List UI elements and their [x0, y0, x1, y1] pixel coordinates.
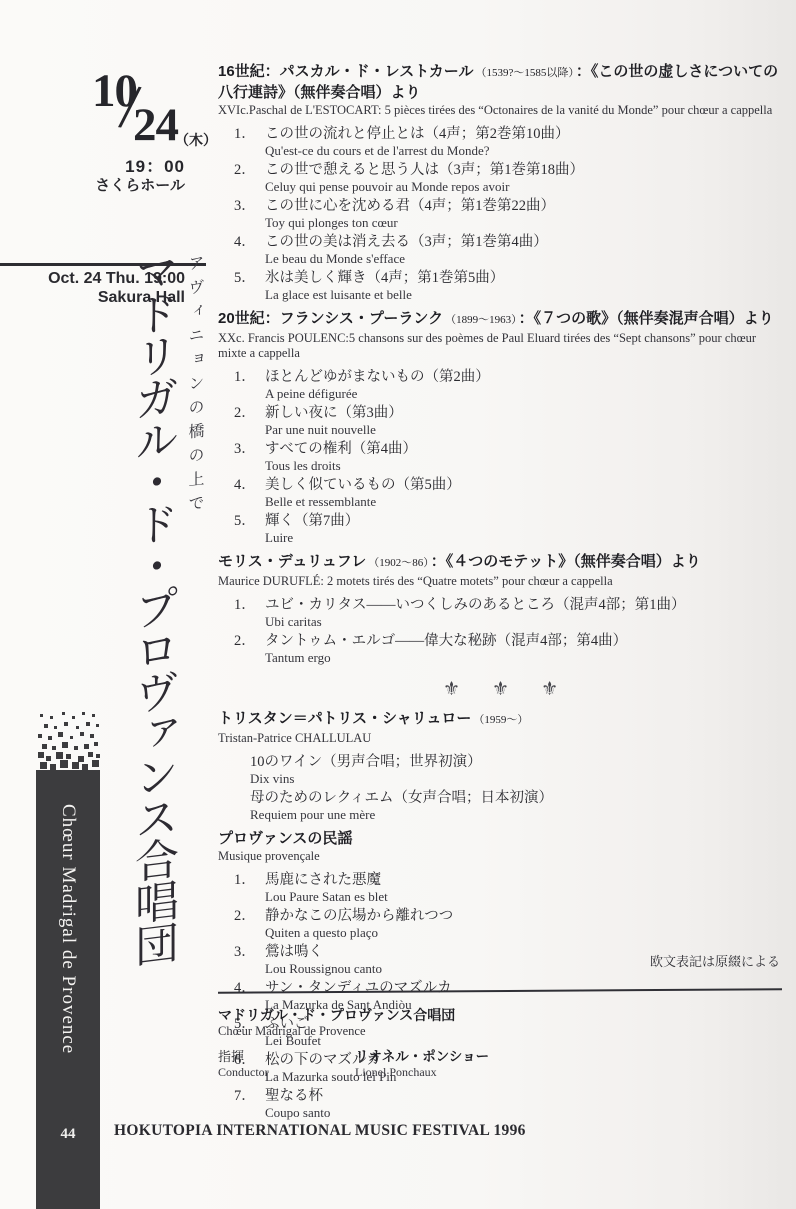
item-number: 1．: [234, 369, 265, 386]
fleur-de-lis-icon: ⚜: [541, 680, 558, 699]
group-name-fr: Chœur Madrigal de Provence: [218, 1024, 638, 1039]
item-title-ja: すべての権利（第4曲）: [265, 441, 784, 458]
item-title-fr: Belle et ressemblante: [265, 494, 784, 509]
program-item: 母のためのレクィエム（女声合唱；日本初演） Requiem pour une m…: [218, 790, 784, 822]
item-title-ja: 10のワイン（男声合唱；世界初演）: [250, 754, 784, 771]
composer-dates: （1899～1963）: [445, 314, 517, 326]
item-number: 2．: [234, 162, 265, 179]
event-venue-ja: さくらホール: [95, 174, 185, 195]
conductor-name-en: Lionel Ponchaux: [355, 1065, 489, 1080]
program-item: 7．聖なる杯 Coupo santo: [218, 1088, 784, 1120]
item-title-ja: 静かなこの広場から離れつつ: [265, 908, 784, 925]
program-section-poulenc: 20世紀：フランシス・プーランク（1899～1963）：《７つの歌》（無伴奏混声…: [218, 309, 784, 545]
item-number: 5．: [234, 513, 265, 530]
item-number: 1．: [234, 126, 265, 143]
item-title-fr: Le beau du Monde s'efface: [265, 251, 784, 266]
section-header-fr: Maurice DURUFLÉ: 2 motets tirés des “Qua…: [218, 574, 784, 589]
work-title-ja: ：《４つのモテット》（無伴奏合唱）より: [431, 553, 701, 570]
item-title-ja: 輝く（第7曲）: [265, 513, 784, 530]
section-header-fr: Tristan-Patrice CHALLULAU: [218, 731, 784, 746]
program-section-estocart: 16世紀：パスカル・ド・レストカール（1539?～1585以降）：《この世の虚し…: [218, 62, 784, 302]
item-title-ja: 母のためのレクィエム（女声合唱；日本初演）: [250, 790, 784, 807]
item-number: 4．: [234, 234, 265, 251]
page-number: 44: [36, 1126, 100, 1143]
fleur-de-lis-icon: ⚜: [443, 680, 460, 699]
item-title-ja: 美しく似ているもの（第5曲）: [265, 477, 784, 494]
item-number: 2．: [234, 405, 265, 422]
item-title-ja: ほとんどゆがまないもの（第2曲）: [265, 369, 784, 386]
program-item: 4．この世の美は消え去る（3声；第1巻第4曲） Le beau du Monde…: [218, 234, 784, 266]
side-bar-caption: Chœur Madrigal de Provence: [57, 804, 79, 1054]
role-column: 指揮 Conductor: [218, 1048, 355, 1080]
item-title-ja: タントゥム・エルゴ――偉大な秘跡（混声4部；第4曲）: [265, 633, 784, 650]
item-title-ja: 聖なる杯: [265, 1088, 784, 1105]
role-label-ja: 指揮: [218, 1048, 355, 1065]
group-name-ja: マドリガル・ド・プロヴァンス合唱団: [218, 1006, 638, 1024]
item-title-fr: La glace est luisante et belle: [265, 287, 784, 302]
work-title-ja: ：《７つの歌》（無伴奏混声合唱）より: [519, 310, 774, 327]
program-item: 2．この世で憩えると思う人は（3声；第1巻第18曲） Celuy qui pen…: [218, 162, 784, 194]
vertical-subtitle: アヴィニョンの橋の上で: [183, 254, 206, 520]
composer-name-ja: 16世紀：パスカル・ド・レストカール: [218, 63, 474, 80]
program-item: 5．氷は美しく輝き（4声；第1巻第5曲） La glace est luisan…: [218, 270, 784, 302]
section-header-ja: モリス・デュリュフレ（1902～86）：《４つのモテット》（無伴奏合唱）より: [218, 552, 784, 573]
role-label-en: Conductor: [218, 1065, 355, 1080]
item-number: 3．: [234, 944, 265, 961]
item-number: 3．: [234, 198, 265, 215]
item-title-fr: Ubi caritas: [265, 614, 784, 629]
program-item: 1．馬鹿にされた悪魔 Lou Paure Satan es blet: [218, 872, 784, 904]
program-section-durufle: モリス・デュリュフレ（1902～86）：《４つのモテット》（無伴奏合唱）より M…: [218, 552, 784, 665]
section-header-ja: 16世紀：パスカル・ド・レストカール（1539?～1585以降）：《この世の虚し…: [218, 62, 784, 102]
program-item: 1．ほとんどゆがまないもの（第2曲） A peine défigurée: [218, 369, 784, 401]
name-column: リオネル・ポンショー Lionel Ponchaux: [355, 1048, 489, 1080]
item-title-ja: 新しい夜に（第3曲）: [265, 405, 784, 422]
composer-name-ja: 20世紀：フランシス・プーランク: [218, 310, 443, 327]
composer-dates: （1902～86）: [368, 557, 429, 569]
date-day: 24: [133, 98, 178, 152]
vertical-main-title: マドリガル・ド・プロヴァンス合唱団: [120, 246, 184, 968]
item-title-ja: 馬鹿にされた悪魔: [265, 872, 784, 889]
item-number: 1．: [234, 872, 265, 889]
section-header-fr: XVIc.Paschal de L'ESTOCART: 5 pièces tir…: [218, 103, 784, 118]
program-page: 10 / 24 （木） 19：00 さくらホール Oct. 24 Thu. 19…: [0, 0, 796, 1209]
program-item: 1．この世の流れと停止とは（4声；第2巻第10曲） Qu'est-ce du c…: [218, 126, 784, 158]
item-title-fr: Requiem pour une mère: [250, 807, 784, 822]
section-header-ja: プロヴァンスの民謡: [218, 829, 784, 848]
dissolve-pattern: [36, 712, 100, 782]
composer-name-ja: トリスタン＝パトリス・シャリュロー: [218, 710, 471, 727]
composer-dates: （1539?～1585以降）: [476, 67, 574, 79]
item-title-ja: この世の流れと停止とは（4声；第2巻第10曲）: [265, 126, 784, 143]
program-item: 1．ユビ・カリタス――いつくしみのあるところ（混声4部；第1曲） Ubi car…: [218, 597, 784, 629]
item-number: 2．: [234, 633, 265, 650]
fleur-de-lis-icon: ⚜: [492, 680, 509, 699]
item-title-fr: Dix vins: [250, 771, 784, 786]
composer-dates: （1959～）: [473, 714, 528, 726]
program-item: 2．静かなこの広場から離れつつ Quiten a questo plaço: [218, 908, 784, 940]
date-weekday: （木）: [175, 130, 217, 150]
item-title-fr: Tantum ergo: [265, 650, 784, 665]
conductor-name-ja: リオネル・ポンショー: [355, 1048, 489, 1065]
item-title-fr: Quiten a questo plaço: [265, 925, 784, 940]
item-number: 7．: [234, 1088, 265, 1105]
orthography-note: 欧文表記は原綴による: [650, 951, 780, 970]
item-title-fr: Qu'est-ce du cours et de l'arrest du Mon…: [265, 143, 784, 158]
item-number: 4．: [234, 477, 265, 494]
festival-footer: HOKUTOPIA INTERNATIONAL MUSIC FESTIVAL 1…: [114, 1122, 526, 1140]
item-number: 3．: [234, 441, 265, 458]
item-title-fr: Toy qui plonges ton cœur: [265, 215, 784, 230]
section-title-ja: プロヴァンスの民謡: [218, 830, 352, 847]
date-block: 10 / 24 （木） 19：00 さくらホール Oct. 24 Thu. 19…: [0, 64, 206, 160]
item-title-ja: この世で憩えると思う人は（3声；第1巻第18曲）: [265, 162, 784, 179]
item-title-fr: Celuy qui pense pouvoir au Monde repos a…: [265, 179, 784, 194]
item-title-ja: 氷は美しく輝き（4声；第1巻第5曲）: [265, 270, 784, 287]
conductor-row: 指揮 Conductor リオネル・ポンショー Lionel Ponchaux: [218, 1048, 638, 1080]
item-number: 4．: [234, 980, 265, 997]
item-number: 1．: [234, 597, 265, 614]
program-section-challulau: トリスタン＝パトリス・シャリュロー（1959～） Tristan-Patrice…: [218, 709, 784, 822]
program-item: 4．美しく似ているもの（第5曲） Belle et ressemblante: [218, 477, 784, 509]
item-title-fr: A peine défigurée: [265, 386, 784, 401]
composer-name-ja: モリス・デュリュフレ: [218, 553, 366, 570]
section-header-ja: 20世紀：フランシス・プーランク（1899～1963）：《７つの歌》（無伴奏混声…: [218, 309, 784, 330]
item-title-ja: この世に心を沈める君（4声；第1巻第22曲）: [265, 198, 784, 215]
item-number: 2．: [234, 908, 265, 925]
side-black-bar: Chœur Madrigal de Provence 44: [36, 712, 100, 1209]
item-title-ja: この世の美は消え去る（3声；第1巻第4曲）: [265, 234, 784, 251]
section-header-fr: Musique provençale: [218, 849, 784, 864]
program-item: 10のワイン（男声合唱；世界初演） Dix vins: [218, 754, 784, 786]
section-header-ja: トリスタン＝パトリス・シャリュロー（1959～）: [218, 709, 784, 730]
date-large: 10 / 24 （木）: [0, 64, 206, 160]
program-item: 3．すべての権利（第4曲） Tous les droits: [218, 441, 784, 473]
item-title-fr: Lou Paure Satan es blet: [265, 889, 784, 904]
section-header-fr: XXc. Francis POULENC:5 chansons sur des …: [218, 331, 784, 361]
item-number: 5．: [234, 270, 265, 287]
program-item: 3．この世に心を沈める君（4声；第1巻第22曲） Toy qui plonges…: [218, 198, 784, 230]
item-title-fr: Luire: [265, 530, 784, 545]
item-title-fr: Tous les droits: [265, 458, 784, 473]
program-item: 2．タントゥム・エルゴ――偉大な秘跡（混声4部；第4曲） Tantum ergo: [218, 633, 784, 665]
fleur-divider: ⚜ ⚜ ⚜: [443, 680, 558, 699]
program-item: 5．輝く（第7曲） Luire: [218, 513, 784, 545]
credits-block: マドリガル・ド・プロヴァンス合唱団 Chœur Madrigal de Prov…: [218, 1006, 638, 1080]
program-item: 2．新しい夜に（第3曲） Par une nuit nouvelle: [218, 405, 784, 437]
item-title-fr: Par une nuit nouvelle: [265, 422, 784, 437]
item-title-fr: Coupo santo: [265, 1105, 784, 1120]
item-title-ja: ユビ・カリタス――いつくしみのあるところ（混声4部；第1曲）: [265, 597, 784, 614]
